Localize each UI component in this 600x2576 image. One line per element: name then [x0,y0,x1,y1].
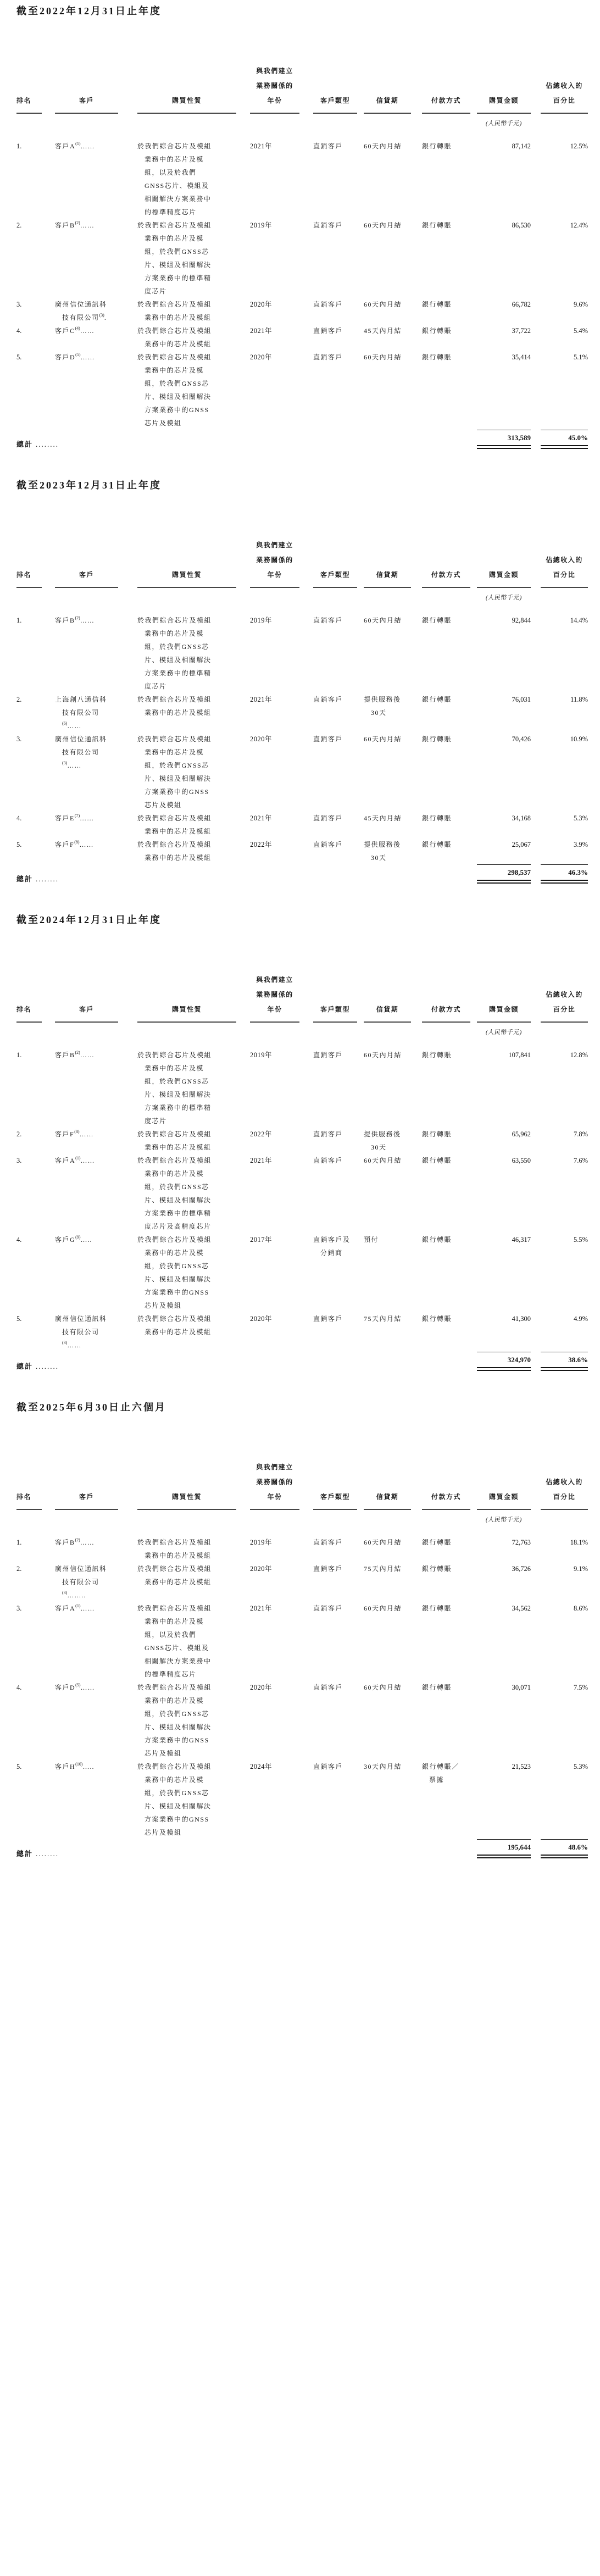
total-amount-cell: 313,589 [477,430,541,449]
total-label-cell: 總計........ [16,1839,477,1858]
purchase-nature-text: 於我們綜合芯片及模組業務中的芯片及模組 [137,324,214,351]
col-header-rank: 排名 [16,973,55,1023]
percentage-cell: 5.5% [541,1233,588,1312]
payment-method-cell: 銀行轉賬 [422,351,477,430]
customer-cell: 客戶A(1)…… [55,1154,137,1233]
col-header-payment-method: 付款方式 [422,1460,477,1510]
total-label-cell: 總計........ [16,1352,477,1371]
payment-method-text: 銀行轉賬 [422,1312,462,1325]
percentage-cell: 5.1% [541,351,588,430]
credit-period-cell: 60天內月結 [364,1525,422,1562]
purchase-nature-text: 於我們綜合芯片及模組業務中的芯片及模組 [137,693,214,719]
customer-cell: 客戶D(5)…… [55,351,137,430]
customer-type-cell: 直銷客戶 [313,838,364,864]
percentage-cell: 9.1% [541,1562,588,1602]
relationship-year-cell: 2022年 [250,1128,313,1154]
leader-dots: …… [81,1684,95,1691]
customer-row: 4. 客戶C(4)…… 於我們綜合芯片及模組業務中的芯片及模組 2021年 直銷… [16,324,588,351]
payment-method-cell: 銀行轉賬 [422,1233,477,1312]
currency-note-row: (人民幣千元) [16,1023,588,1037]
customer-name: 廣州信位通訊科技有限公司 [55,1565,107,1586]
payment-method-text: 銀行轉賬 [422,219,462,232]
col-header-relationship-year: 與我們建立業務關係的年份 [250,1460,313,1510]
purchase-amount-cell: 35,414 [477,351,541,430]
leader-dots: …… [81,1157,95,1164]
credit-period-cell: 60天內月結 [364,1154,422,1233]
double-rule [477,445,531,449]
customer-type-cell: 直銷客戶 [313,1525,364,1562]
customer-row: 1. 客戶B(2)…… 於我們綜合芯片及模組業務中的芯片及模組，於我們GNSS芯… [16,1037,588,1128]
customer-type-cell: 直銷客戶 [313,351,364,430]
total-percentage-cell: 38.6% [541,1352,588,1371]
customer-type-cell: 直銷客戶 [313,603,364,693]
customer-type-cell: 直銷客戶 [313,1037,364,1128]
purchase-nature-cell: 於我們綜合芯片及模組業務中的芯片及模組，於我們GNSS芯片、模組及相關解決方案業… [137,1681,250,1760]
credit-period-cell: 60天內月結 [364,1602,422,1681]
relationship-year-cell: 2021年 [250,693,313,732]
col-label-pct-line2: 百分比 [541,1002,588,1017]
relationship-year-cell: 2022年 [250,838,313,864]
purchase-nature-text: 於我們綜合芯片及模組業務中的芯片及模組 [137,1128,214,1154]
footnote-ref: (3) [62,1590,67,1595]
credit-period-cell: 60天內月結 [364,1681,422,1760]
currency-note-cell: (人民幣千元) [477,1510,541,1525]
credit-period-cell: 60天內月結 [364,351,422,430]
customer-cell: 客戶B(2)…… [55,603,137,693]
customer-type-text: 直銷客戶 [313,1154,352,1167]
total-amount: 313,589 [477,430,531,444]
purchase-amount-cell: 34,168 [477,812,541,838]
total-leader-dots: ........ [36,440,59,448]
prospectus-page: 截至2022年12月31日止年度 排名 客戶 購買性質 與我們建立業務關係的年份… [0,0,600,1891]
leader-dots: …… [67,1341,81,1349]
credit-period-text: 提供服務後30天 [364,1128,406,1154]
double-rule [477,880,531,884]
double-rule [541,880,588,884]
purchase-amount-cell: 107,841 [477,1037,541,1128]
col-header-payment-method: 付款方式 [422,973,477,1023]
leader-dots: ….. [81,1236,92,1243]
col-label-customer-type: 客戶類型 [313,93,357,108]
col-label-customer-type: 客戶類型 [313,1490,357,1504]
customer-name: 客戶D [55,353,75,361]
col-header-credit-period: 信貸期 [364,64,422,114]
total-leader-dots: ........ [36,875,59,883]
purchase-amount-cell: 87,142 [477,129,541,219]
customer-row: 2. 廣州信位通訊科技有限公司(3)…….. 於我們綜合芯片及模組業務中的芯片及… [16,1562,588,1602]
credit-period-text: 60天內月結 [364,351,406,364]
relationship-year-cell: 2020年 [250,1562,313,1602]
footnote-ref: (3) [99,313,104,318]
leader-dots: …… [80,1130,94,1138]
payment-method-text: 銀行轉賬 [422,1233,462,1246]
double-rule [477,1367,531,1371]
rank-cell: 1. [16,1525,55,1562]
col-label-customer-type: 客戶類型 [313,568,357,582]
customer-type-cell: 直銷客戶 [313,812,364,838]
credit-period-cell: 提供服務後30天 [364,1128,422,1154]
payment-method-cell: 銀行轉賬 [422,1562,477,1602]
currency-note: (人民幣千元) [485,1515,523,1525]
customer-type-cell: 直銷客戶 [313,1128,364,1154]
payment-method-text: 銀行轉賬 [422,693,462,706]
payment-method-text: 銀行轉賬 [422,1048,462,1062]
total-percentage: 48.6% [541,1839,588,1853]
customer-type-cell: 直銷客戶 [313,129,364,219]
customer-name: 上海創八通信科技有限公司 [55,696,107,717]
footnote-ref: (8) [74,1129,79,1134]
customer-cell: 客戶D(5)…… [55,1681,137,1760]
purchase-nature-cell: 於我們綜合芯片及模組業務中的芯片及模組 [137,298,250,324]
total-label: 總計 [16,440,33,448]
customer-cell: 客戶E(7)…… [55,812,137,838]
purchase-nature-cell: 於我們綜合芯片及模組業務中的芯片及模組 [137,1525,250,1562]
header-row: 排名 客戶 購買性質 與我們建立業務關係的年份 客戶類型 信貸期 付款方式 購買… [16,973,588,1023]
purchase-nature-text: 於我們綜合芯片及模組業務中的芯片及模組 [137,1312,214,1339]
purchase-amount-cell: 36,726 [477,1562,541,1602]
col-label-credit-period: 信貸期 [364,93,411,108]
col-header-relationship-year: 與我們建立業務關係的年份 [250,973,313,1023]
table-footer: 總計........ 313,589 45.0% [16,430,588,449]
rank-cell: 4. [16,1233,55,1312]
col-label-rank: 排名 [16,568,42,582]
percentage-cell: 5.3% [541,812,588,838]
payment-method-cell: 銀行轉賬 [422,603,477,693]
double-rule [541,1367,588,1371]
currency-note-row: (人民幣千元) [16,114,588,129]
col-header-customer: 客戶 [55,538,137,588]
purchase-nature-cell: 於我們綜合芯片及模組業務中的芯片及模組 [137,1562,250,1602]
period-section: 截至2025年6月30日止六個月 排名 客戶 購買性質 與我們建立業務關係的年份… [16,1401,588,1858]
purchase-nature-cell: 於我們綜合芯片及模組業務中的芯片及模組，於我們GNSS芯片、模組及相關解決方案業… [137,1760,250,1839]
customer-row: 3. 客戶A(1)…… 於我們綜合芯片及模組業務中的芯片及模組，於我們GNSS芯… [16,1154,588,1233]
customer-name: 客戶A [55,1605,75,1612]
purchase-nature-cell: 於我們綜合芯片及模組業務中的芯片及模組，於我們GNSS芯片、模組及相關解決方案業… [137,603,250,693]
payment-method-text: 銀行轉賬 [422,1536,462,1549]
customer-cell: 廣州信位通訊科技有限公司(3)…… [55,1312,137,1352]
customer-type-cell: 直銷客戶 [313,732,364,812]
section-title: 截至2022年12月31日止年度 [16,4,588,18]
percentage-cell: 7.6% [541,1154,588,1233]
col-label-credit-period: 信貸期 [364,568,411,582]
relationship-year-cell: 2020年 [250,298,313,324]
purchase-amount-cell: 76,031 [477,693,541,732]
customer-type-text: 直銷客戶 [313,1562,352,1575]
payment-method-cell: 銀行轉賬 [422,219,477,298]
col-header-credit-period: 信貸期 [364,973,422,1023]
top-customers-table: 排名 客戶 購買性質 與我們建立業務關係的年份 客戶類型 信貸期 付款方式 購買… [16,973,588,1371]
total-amount-cell: 324,970 [477,1352,541,1371]
payment-method-cell: 銀行轉賬 [422,1154,477,1233]
credit-period-cell: 60天內月結 [364,298,422,324]
customer-type-cell: 直銷客戶 [313,1154,364,1233]
section-title: 截至2025年6月30日止六個月 [16,1401,588,1414]
rank-cell: 5. [16,838,55,864]
purchase-amount-cell: 46,317 [477,1233,541,1312]
col-header-rank: 排名 [16,64,55,114]
col-label-rel-line3: 年份 [250,1002,299,1017]
credit-period-cell: 預付 [364,1233,422,1312]
credit-period-text: 75天內月結 [364,1562,406,1575]
col-header-nature: 購買性質 [137,973,250,1023]
col-label-customer: 客戶 [55,93,118,108]
customer-cell: 客戶C(4)…… [55,324,137,351]
customer-type-cell: 直銷客戶 [313,1602,364,1681]
customer-name: 客戶A [55,142,75,150]
payment-method-text: 銀行轉賬 [422,1562,462,1575]
top-customers-table: 排名 客戶 購買性質 與我們建立業務關係的年份 客戶類型 信貸期 付款方式 購買… [16,1460,588,1858]
percentage-cell: 3.9% [541,838,588,864]
customer-type-cell: 直銷客戶 [313,298,364,324]
purchase-nature-text: 於我們綜合芯片及模組業務中的芯片及模組 [137,298,214,324]
total-amount: 195,644 [477,1839,531,1853]
customer-type-text: 直銷客戶 [313,324,352,337]
credit-period-cell: 60天內月結 [364,1037,422,1128]
leader-dots: …… [80,617,95,624]
top-customers-table: 排名 客戶 購買性質 與我們建立業務關係的年份 客戶類型 信貸期 付款方式 購買… [16,64,588,449]
leader-dots: …….. [67,1591,86,1599]
credit-period-cell: 60天內月結 [364,732,422,812]
relationship-year-cell: 2020年 [250,351,313,430]
col-label-pct-line1: 佔總收入的 [541,1475,588,1490]
footnote-ref: (2) [75,1050,80,1055]
col-header-nature: 購買性質 [137,538,250,588]
payment-method-text: 銀行轉賬 [422,1602,462,1615]
relationship-year-cell: 2020年 [250,1681,313,1760]
total-percentage: 45.0% [541,430,588,444]
rank-cell: 3. [16,732,55,812]
percentage-cell: 12.4% [541,219,588,298]
footnote-ref: (9) [75,1235,80,1240]
col-header-nature: 購買性質 [137,64,250,114]
col-label-rel-line3: 年份 [250,1490,299,1504]
leader-dots: …… [81,1605,95,1612]
credit-period-text: 60天內月結 [364,140,406,153]
leader-dots: …… [67,722,81,730]
customer-name: 客戶H [55,1763,75,1770]
customer-type-text: 直銷客戶 [313,1536,352,1549]
leader-dots: …… [81,142,95,150]
currency-note-row: (人民幣千元) [16,588,588,603]
purchase-nature-text: 於我們綜合芯片及模組業務中的芯片及模組 [137,838,214,864]
total-percentage-cell: 48.6% [541,1839,588,1858]
col-label-pct-line1: 佔總收入的 [541,79,588,93]
total-row: 總計........ 298,537 46.3% [16,864,588,884]
total-row: 總計........ 324,970 38.6% [16,1352,588,1371]
col-label-nature: 購買性質 [137,568,236,582]
purchase-amount-cell: 30,071 [477,1681,541,1760]
customer-type-cell: 直銷客戶 [313,324,364,351]
relationship-year-cell: 2021年 [250,1602,313,1681]
customer-type-text: 直銷客戶 [313,1048,352,1062]
table-footer: 總計........ 298,537 46.3% [16,864,588,884]
purchase-nature-cell: 於我們綜合芯片及模組業務中的芯片及模組 [137,812,250,838]
credit-period-cell: 60天內月結 [364,129,422,219]
rank-cell: 1. [16,129,55,219]
customer-row: 4. 客戶G(9)….. 於我們綜合芯片及模組業務中的芯片及模組，於我們GNSS… [16,1233,588,1312]
payment-method-text: 銀行轉賬 [422,614,462,627]
credit-period-cell: 60天內月結 [364,603,422,693]
credit-period-text: 45天內月結 [364,324,406,337]
payment-method-cell: 銀行轉賬 [422,1037,477,1128]
col-header-relationship-year: 與我們建立業務關係的年份 [250,538,313,588]
leader-dots: …… [81,353,95,361]
customer-type-text: 直銷客戶 [313,219,352,232]
customer-cell: 廣州信位通訊科技有限公司(3)…….. [55,1562,137,1602]
col-label-purchase-amount: 購買金額 [477,568,531,582]
purchase-nature-text: 於我們綜合芯片及模組業務中的芯片及模組，於我們GNSS芯片、模組及相關解決方案業… [137,614,214,693]
table-body: 1. 客戶B(2)…… 於我們綜合芯片及模組業務中的芯片及模組，於我們GNSS芯… [16,603,588,864]
period-section: 截至2024年12月31日止年度 排名 客戶 購買性質 與我們建立業務關係的年份… [16,913,588,1371]
currency-note-cell: (人民幣千元) [477,588,541,603]
currency-note: (人民幣千元) [485,593,523,603]
purchase-nature-cell: 於我們綜合芯片及模組業務中的芯片及模組，於我們GNSS芯片、模組及相關解決方案業… [137,1037,250,1128]
col-label-payment-method: 付款方式 [422,568,470,582]
total-percentage: 46.3% [541,864,588,879]
purchase-amount-cell: 41,300 [477,1312,541,1352]
section-title: 截至2024年12月31日止年度 [16,913,588,926]
customer-type-text: 直銷客戶 [313,838,352,851]
relationship-year-cell: 2020年 [250,732,313,812]
col-header-customer: 客戶 [55,64,137,114]
leader-dots: …… [80,814,94,822]
col-label-rank: 排名 [16,1002,42,1017]
payment-method-text: 銀行轉賬 [422,812,462,825]
payment-method-cell: 銀行轉賬／票據 [422,1760,477,1839]
rank-cell: 2. [16,219,55,298]
customer-type-cell: 直銷客戶 [313,219,364,298]
customer-cell: 客戶G(9)….. [55,1233,137,1312]
footnote-ref: (7) [75,813,80,818]
total-amount-cell: 195,644 [477,1839,541,1858]
table-footer: 總計........ 324,970 38.6% [16,1352,588,1371]
col-header-credit-period: 信貸期 [364,538,422,588]
total-percentage-cell: 45.0% [541,430,588,449]
rank-cell: 2. [16,1562,55,1602]
rank-cell: 2. [16,693,55,732]
total-amount: 324,970 [477,1352,531,1366]
customer-type-text: 直銷客戶 [313,1128,352,1141]
payment-method-cell: 銀行轉賬 [422,1525,477,1562]
header-row: 排名 客戶 購買性質 與我們建立業務關係的年份 客戶類型 信貸期 付款方式 購買… [16,538,588,588]
col-label-pct-line2: 百分比 [541,1490,588,1504]
currency-note: (人民幣千元) [485,1028,523,1037]
rank-cell: 3. [16,298,55,324]
customer-cell: 客戶F(8)…… [55,838,137,864]
customer-type-text: 直銷客戶 [313,812,352,825]
total-amount-cell: 298,537 [477,864,541,884]
customer-row: 2. 上海創八通信科技有限公司(6)…… 於我們綜合芯片及模組業務中的芯片及模組… [16,693,588,732]
col-label-credit-period: 信貸期 [364,1002,411,1017]
customer-type-text: 直銷客戶及分銷商 [313,1233,352,1259]
payment-method-cell: 銀行轉賬 [422,1312,477,1352]
col-header-relationship-year: 與我們建立業務關係的年份 [250,64,313,114]
customer-name: 客戶B [55,221,75,229]
customer-type-text: 直銷客戶 [313,693,352,706]
col-label-rel-line1: 與我們建立 [250,64,299,79]
col-label-purchase-amount: 購買金額 [477,1002,531,1017]
purchase-amount-cell: 86,530 [477,219,541,298]
credit-period-text: 60天內月結 [364,732,406,746]
credit-period-cell: 45天內月結 [364,324,422,351]
customer-type-cell: 直銷客戶 [313,1760,364,1839]
credit-period-text: 60天內月結 [364,614,406,627]
customer-type-text: 直銷客戶 [313,1602,352,1615]
col-header-customer: 客戶 [55,1460,137,1510]
total-label-cell: 總計........ [16,430,477,449]
customer-row: 5. 廣州信位通訊科技有限公司(3)…… 於我們綜合芯片及模組業務中的芯片及模組… [16,1312,588,1352]
purchase-nature-cell: 於我們綜合芯片及模組業務中的芯片及模組，以及於我們GNSS芯片、模組及相關解決方… [137,1602,250,1681]
rank-cell: 2. [16,1128,55,1154]
col-label-pct-line1: 佔總收入的 [541,553,588,568]
col-label-rank: 排名 [16,93,42,108]
credit-period-text: 60天內月結 [364,1536,406,1549]
purchase-amount-cell: 65,962 [477,1128,541,1154]
payment-method-text: 銀行轉賬 [422,1128,462,1141]
customer-name: 客戶B [55,1051,75,1059]
purchase-amount-cell: 92,844 [477,603,541,693]
relationship-year-cell: 2021年 [250,129,313,219]
payment-method-cell: 銀行轉賬 [422,1128,477,1154]
col-label-nature: 購買性質 [137,1002,236,1017]
relationship-year-cell: 2021年 [250,1154,313,1233]
customer-type-text: 直銷客戶 [313,298,352,311]
total-amount: 298,537 [477,864,531,879]
col-label-payment-method: 付款方式 [422,1490,470,1504]
credit-period-cell: 45天內月結 [364,812,422,838]
percentage-cell: 10.9% [541,732,588,812]
col-label-rank: 排名 [16,1490,42,1504]
footnote-ref: (3) [62,1340,67,1345]
purchase-nature-text: 於我們綜合芯片及模組業務中的芯片及模組，於我們GNSS芯片、模組及相關解決方案業… [137,1233,214,1312]
footnote-ref: (1) [75,1156,80,1161]
col-label-rel-line2: 業務關係的 [250,987,299,1002]
footnote-ref: (3) [62,760,67,765]
col-label-customer: 客戶 [55,1002,118,1017]
customer-row: 3. 廣州信位通訊科技有限公司(3)…… 於我們綜合芯片及模組業務中的芯片及模組… [16,732,588,812]
purchase-nature-text: 於我們綜合芯片及模組業務中的芯片及模組 [137,1562,214,1589]
footnote-ref: (6) [62,721,67,726]
rank-cell: 4. [16,1681,55,1760]
leader-dots: …… [80,221,95,229]
purchase-nature-text: 於我們綜合芯片及模組業務中的芯片及模組，於我們GNSS芯片、模組及相關解決方案業… [137,1048,214,1128]
col-header-customer-type: 客戶類型 [313,973,364,1023]
header-row: 排名 客戶 購買性質 與我們建立業務關係的年份 客戶類型 信貸期 付款方式 購買… [16,64,588,114]
credit-period-cell: 75天內月結 [364,1312,422,1352]
customer-row: 4. 客戶D(5)…… 於我們綜合芯片及模組業務中的芯片及模組，於我們GNSS芯… [16,1681,588,1760]
customer-type-cell: 直銷客戶 [313,1562,364,1602]
relationship-year-cell: 2019年 [250,219,313,298]
relationship-year-cell: 2019年 [250,1037,313,1128]
col-header-rank: 排名 [16,1460,55,1510]
credit-period-text: 提供服務後30天 [364,838,406,864]
footnote-ref: (5) [75,352,80,357]
purchase-nature-cell: 於我們綜合芯片及模組業務中的芯片及模組 [137,838,250,864]
rank-cell: 1. [16,603,55,693]
col-label-customer: 客戶 [55,568,118,582]
purchase-amount-cell: 70,426 [477,732,541,812]
col-label-payment-method: 付款方式 [422,93,470,108]
percentage-cell: 5.4% [541,324,588,351]
col-header-credit-period: 信貸期 [364,1460,422,1510]
leader-dots: …… [80,327,95,335]
col-label-rel-line2: 業務關係的 [250,1475,299,1490]
customer-type-cell: 直銷客戶 [313,1681,364,1760]
customer-row: 5. 客戶D(5)…… 於我們綜合芯片及模組業務中的芯片及模組，於我們GNSS芯… [16,351,588,430]
currency-note: (人民幣千元) [485,119,523,129]
customer-name: 客戶F [55,1130,74,1138]
footnote-ref: (5) [75,1683,80,1687]
